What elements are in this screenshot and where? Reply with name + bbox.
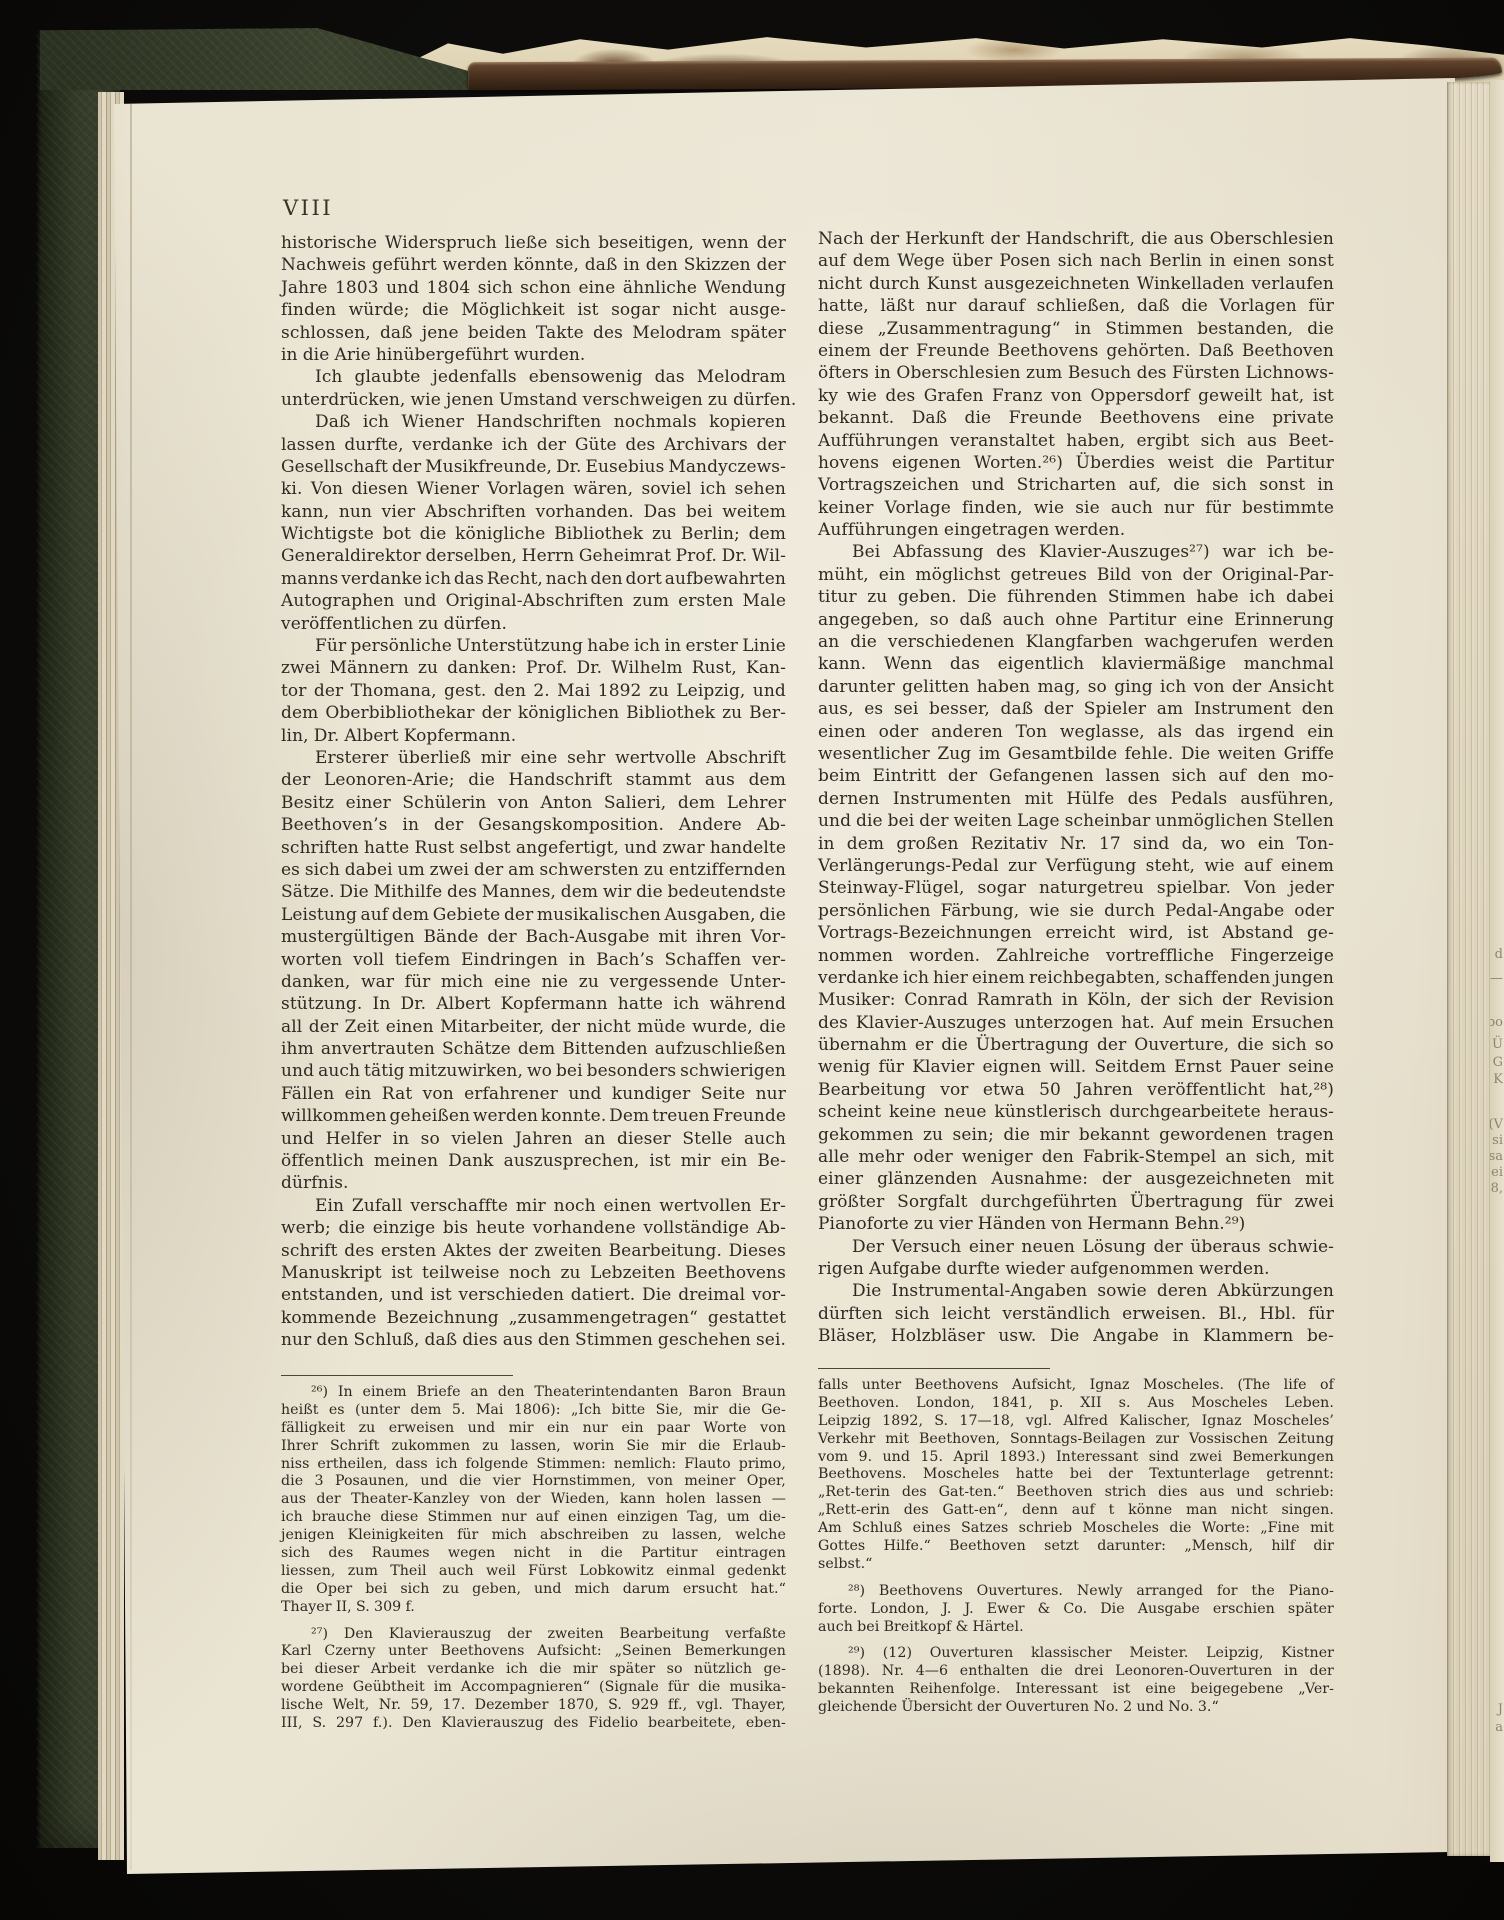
text-line: nommenworden.ZahlreichevortrefflicheFing… bbox=[818, 946, 1334, 968]
text-line: „Rett-erindesGatt-en“,dennauftkönnemanni… bbox=[818, 1502, 1334, 1520]
text-line: dieOperbeisichzugeben,undmichdarumersuch… bbox=[281, 1581, 786, 1599]
text-line: veröffentlichenzudürfen. bbox=[281, 614, 786, 636]
text-line: entstanden,undistverschiedendatiert.Died… bbox=[281, 1285, 786, 1307]
text-line: wenigfürKlaviereignenwill.SeitdemErnstPa… bbox=[818, 1057, 1334, 1079]
paragraph: ²⁶)IneinemBriefeandenTheaterintendantenB… bbox=[281, 1384, 786, 1617]
paragraph: ²⁸)BeethovensOuvertures.Newlyarrangedfor… bbox=[818, 1583, 1334, 1637]
text-line: indemgroßenRezitativNr.17sindda,woeinTon… bbox=[818, 834, 1334, 856]
text-line: dürfnis. bbox=[281, 1173, 786, 1195]
text-line: Steinway-Flügel,sogarnaturgetreuspielbar… bbox=[818, 878, 1334, 900]
text-line: nurdenSchluß,daßdiesausdenStimmengescheh… bbox=[281, 1330, 786, 1352]
text-line: öffentlichmeinenDankauszusprechen,istmir… bbox=[281, 1151, 786, 1173]
text-line: allderZeiteinenMitarbeiter,dernichtmüdew… bbox=[281, 1017, 786, 1039]
text-line: nichtdurchKunstausgezeichnetenWinkellade… bbox=[818, 274, 1334, 296]
text-line: IhrerSchriftzukommenzulassen,worinSiemir… bbox=[281, 1438, 786, 1456]
text-line: PianofortezuvierHändenvonHermannBehn.²⁹) bbox=[818, 1214, 1334, 1236]
text-line: liessen,zumTheilauchweilFürstLobkowitzei… bbox=[281, 1563, 786, 1581]
text-line: undHelferinsovielenJahrenandieserStellea… bbox=[281, 1129, 786, 1151]
paragraph: DaßichWienerHandschriftennochmalskopiere… bbox=[281, 412, 786, 636]
text-line: ausderTheater-KanzleyvonderWieden,kannho… bbox=[281, 1491, 786, 1509]
paragraph: ErstererüberließmireinesehrwertvolleAbsc… bbox=[281, 748, 786, 1196]
facing-page-sliver: d—boÜGK(Vsisaei8,Ja bbox=[1490, 80, 1504, 1862]
text-line: Aufführungenveranstaltethaben,ergibtsich… bbox=[818, 431, 1334, 453]
text-line: sichdesRaumeswegennichtindiePartitureint… bbox=[281, 1545, 786, 1563]
text-line: jenigenKleinigkeitenfürmichabschreibenzu… bbox=[281, 1527, 786, 1545]
text-line: hovenseigenenWorten.²⁶)ÜberdiesweistdieP… bbox=[818, 453, 1334, 475]
text-line: heißtes(unterdem5.Mai1806):„IchbitteSie,… bbox=[281, 1402, 786, 1420]
text-line: die3Posaunen,unddievierHornstimmen,vonme… bbox=[281, 1473, 786, 1491]
paragraph: DerVersucheinerneuenLösungderüberausschw… bbox=[818, 1237, 1334, 1282]
text-line: forte.London,J.J.Ewer&Co.DieAusgabeersch… bbox=[818, 1601, 1334, 1619]
text-line: „Ret-terindesGat-ten.“Beethovenstrichdie… bbox=[818, 1484, 1334, 1502]
text-line: daruntergelittenhabenmag,sogingichvonder… bbox=[818, 677, 1334, 699]
left-text-column: historischeWiderspruchließesichbeseitige… bbox=[281, 233, 786, 1353]
text-line: ki.VondiesenWienerVorlagenwären,sovielic… bbox=[281, 479, 786, 501]
text-line: fälligkeitzuerweisenundmireinnureinpaarW… bbox=[281, 1420, 786, 1438]
text-line: schlossen,daßjenebeidenTaktedesMelodrams… bbox=[281, 323, 786, 345]
photographed-book-page: { "page_number": "VIII", "main_text": { … bbox=[0, 0, 1504, 1920]
text-line: ²⁷)DenKlavierauszugderzweitenBearbeitung… bbox=[281, 1626, 786, 1644]
paragraph: FürpersönlicheUnterstützunghabeichinerst… bbox=[281, 636, 786, 748]
text-line: einenoderanderenTonweglasse,alsdasirgend… bbox=[818, 722, 1334, 744]
text-line: dernenInstrumentenmitHülfedesPedalsausfü… bbox=[818, 789, 1334, 811]
footnote-rule-right bbox=[818, 1368, 1050, 1369]
text-line: wordeneGeübtheitimAccompagnieren“(Signal… bbox=[281, 1679, 786, 1697]
text-line: AutographenundOriginal-Abschriftenzumers… bbox=[281, 591, 786, 613]
text-line: aufdemWegeüberPosensichnachBerlinineinen… bbox=[818, 251, 1334, 273]
text-line: schriftdeserstenAktesderzweitenBearbeitu… bbox=[281, 1241, 786, 1263]
text-line: undauchtätigmitzuwirken,wobeibesonderssc… bbox=[281, 1061, 786, 1083]
paragraph: ²⁷)DenKlavierauszugderzweitenBearbeitung… bbox=[281, 1626, 786, 1733]
text-line: ²⁶)IneinemBriefeandenTheaterintendantenB… bbox=[281, 1384, 786, 1402]
text-line: AmSchlußeinesSatzesschriebMoschelesdieWo… bbox=[818, 1520, 1334, 1538]
paragraph: DieInstrumental-AngabensowiederenAbkürzu… bbox=[818, 1281, 1334, 1348]
book-page: VIII historischeWiderspruchließesichbese… bbox=[0, 0, 1504, 1920]
facing-page-cutoff-text: ei bbox=[1491, 1166, 1503, 1179]
text-line: beimEintrittderGefangenenlassensichaufde… bbox=[818, 766, 1334, 788]
text-line: mustergültigenBändederBach-Ausgabemitihr… bbox=[281, 927, 786, 949]
text-line: DaßichWienerHandschriftennochmalskopiere… bbox=[281, 412, 786, 434]
text-line: bekannt.DaßdieFreundeBeethovenseinepriva… bbox=[818, 408, 1334, 430]
text-line: ichbrauchedieseStimmennuraufeineneinzige… bbox=[281, 1509, 786, 1527]
facing-page-cutoff-text: G bbox=[1493, 1056, 1503, 1069]
text-line: verdankeichhiereinemreichbegabten,schaff… bbox=[818, 968, 1334, 990]
text-line: KarlCzernyunterBeethovensAufsicht:„Seine… bbox=[281, 1643, 786, 1661]
right-text-column: NachderHerkunftderHandschrift,dieausOber… bbox=[818, 229, 1334, 1349]
text-line: lischeWelt,Nr.59,17.Dezember1870,S.929ff… bbox=[281, 1697, 786, 1715]
paragraph: historischeWiderspruchließesichbeseitige… bbox=[281, 233, 786, 367]
text-line: müht,einmöglichstgetreuesBildvonderOrigi… bbox=[818, 565, 1334, 587]
text-line: unterdrücken,wiejenenUmstandverschweigen… bbox=[281, 390, 786, 412]
text-line: Beethovens.MoscheleshattebeiderTextunter… bbox=[818, 1466, 1334, 1484]
facing-page-cutoff-text: Ü bbox=[1492, 1038, 1503, 1051]
paragraph: ²⁹)(12)OuverturenklassischerMeister.Leip… bbox=[818, 1645, 1334, 1717]
text-line: beidieserArbeitverdankeichdiemirspäterso… bbox=[281, 1661, 786, 1679]
text-line: lassendurfte,verdankeichderGütedesArchiv… bbox=[281, 435, 786, 457]
text-line: titurzugeben.DieführendenStimmenhabeichd… bbox=[818, 587, 1334, 609]
text-line: danken,warfürmicheineniezuvergessendeUnt… bbox=[281, 972, 786, 994]
facing-page-cutoff-text: — bbox=[1490, 972, 1503, 985]
text-line: DieInstrumental-AngabensowiederenAbkürzu… bbox=[818, 1281, 1334, 1303]
paragraph: BeiAbfassungdesKlavier-Auszuges²⁷)warich… bbox=[818, 542, 1334, 1236]
text-line: Generaldirektorderselben,HerrnGeheimratP… bbox=[281, 546, 786, 568]
text-line: indieAriehinübergeführtwurden. bbox=[281, 345, 786, 367]
text-line: persönlichenFärbung,wiesiedurchPedal-Ang… bbox=[818, 901, 1334, 923]
text-line: LeistungaufdemGebietedermusikalischenAus… bbox=[281, 905, 786, 927]
text-line: kann,nunvierAbschriftenvorhanden.Dasbeiw… bbox=[281, 502, 786, 524]
page-number: VIII bbox=[283, 196, 333, 220]
text-line: FürpersönlicheUnterstützunghabeichinerst… bbox=[281, 636, 786, 658]
text-line: IchglaubtejedenfallsebensowenigdasMelodr… bbox=[281, 367, 786, 389]
text-line: scheintkeineneuekünstlerischdurchgearbei… bbox=[818, 1102, 1334, 1124]
text-line: wesentlicherZugimGesamtbildefehle.Diewei… bbox=[818, 744, 1334, 766]
facing-page-cutoff-text: d bbox=[1495, 948, 1503, 961]
text-line: Bearbeitungvoretwa50Jahrenveröffentlicht… bbox=[818, 1080, 1334, 1102]
text-line: Beethoven.London,1841,p.XIIs.AusMoschele… bbox=[818, 1395, 1334, 1413]
text-line: einerglänzendenAusnahme:derausgezeichnet… bbox=[818, 1169, 1334, 1191]
facing-page-cutoff-text: (V bbox=[1490, 1118, 1503, 1131]
text-line: ManuskriptistteilweisenochzuLebzeitenBee… bbox=[281, 1263, 786, 1285]
text-line: Musiker:ConradRamrathinKöln,dersichderRe… bbox=[818, 990, 1334, 1012]
text-line: werb;dieeinzigebisheutevorhandenevollstä… bbox=[281, 1218, 786, 1240]
text-line: DerVersucheinerneuenLösungderüberausschw… bbox=[818, 1237, 1334, 1259]
text-line: dürftensichleichtverständlicherweisen.Bl… bbox=[818, 1304, 1334, 1326]
text-line: gekommenzusein;diemirbekanntgewordenentr… bbox=[818, 1125, 1334, 1147]
facing-page-cutoff-text: K bbox=[1493, 1073, 1503, 1086]
text-line: angegeben,sodaßauchohnePartitureineErinn… bbox=[818, 610, 1334, 632]
text-line: derLeonoren-Arie;dieHandschriftstammtaus… bbox=[281, 770, 786, 792]
text-line: hatte,läßtnurdaraufschließen,daßdieVorla… bbox=[818, 296, 1334, 318]
text-line: Beethoven’sinderGesangskomposition.Ander… bbox=[281, 815, 786, 837]
text-line: öftersinOberschlesienzumBesuchdesFürsten… bbox=[818, 363, 1334, 385]
facing-page-cutoff-text: si bbox=[1492, 1134, 1503, 1147]
text-line: VerkehrmitBeethoven,Sonntags-Beilagenzur… bbox=[818, 1431, 1334, 1449]
text-line: historischeWiderspruchließesichbeseitige… bbox=[281, 233, 786, 255]
paragraph: EinZufallverschafftemirnocheinenwertvoll… bbox=[281, 1196, 786, 1353]
text-line: Sätze.DieMithilfedesMannes,demwirdiebede… bbox=[281, 882, 786, 904]
text-line: keinerVorlagefinden,wiesieauchnurfürbest… bbox=[818, 498, 1334, 520]
text-line: torderThomana,gest.den2.Mai1892zuLeipzig… bbox=[281, 681, 786, 703]
text-line: (1898).Nr.4—6enthaltendiedreiLeonoren-Ou… bbox=[818, 1663, 1334, 1681]
text-line: findenwürde;dieMöglichkeitistsogarnichta… bbox=[281, 300, 786, 322]
text-line: aus,esseibesser,daßderSpieleramInstrumen… bbox=[818, 699, 1334, 721]
text-line: rigenAufgabedurftewiederaufgenommenwerde… bbox=[818, 1259, 1334, 1281]
text-line: Aufführungeneingetragenwerden. bbox=[818, 520, 1334, 542]
text-line: gleichendeÜbersichtderOuverturenNo.2undN… bbox=[818, 1699, 1334, 1717]
text-line: stützung.InDr.AlbertKopfermannhatteichwä… bbox=[281, 994, 786, 1016]
text-line: diese„Zusammentragung“inStimmenbestanden… bbox=[818, 319, 1334, 341]
text-line: bekanntenReihenfolge.Interessantisteineb… bbox=[818, 1681, 1334, 1699]
text-line: EinZufallverschafftemirnocheinenwertvoll… bbox=[281, 1196, 786, 1218]
text-line: demOberbibliothekarderköniglichenBibliot… bbox=[281, 703, 786, 725]
facing-page-cutoff-text: J bbox=[1498, 1703, 1503, 1716]
facing-page-cutoff-text: 8, bbox=[1491, 1182, 1503, 1195]
text-line: Verlängerungs-PedalzurVerfügungsteht,wie… bbox=[818, 856, 1334, 878]
text-line: zweiMännernzudanken:Prof.Dr.WilhelmRust,… bbox=[281, 658, 786, 680]
facing-page-cutoff-text: a bbox=[1495, 1721, 1503, 1734]
text-line: FälleneinRatvonerfahrenerundkundigerSeit… bbox=[281, 1084, 786, 1106]
text-line: ihmanvertrautenSchätzedemBittendenaufzus… bbox=[281, 1039, 786, 1061]
text-line: Bläser,Holzbläserusw.DieAngabeinKlammern… bbox=[818, 1326, 1334, 1348]
paragraph: IchglaubtejedenfallsebensowenigdasMelodr… bbox=[281, 367, 786, 412]
text-line: VortragszeichenundStrichartenauf,diesich… bbox=[818, 475, 1334, 497]
text-line: III,S.297f.).DenKlavierauszugdesFideliob… bbox=[281, 1715, 786, 1733]
text-line: willkommengeheißenwerdenkonnte.Demtreuen… bbox=[281, 1106, 786, 1128]
text-line: nissertheilen,dassichfolgendeStimmen:nem… bbox=[281, 1456, 786, 1474]
text-line: übernahmerdieÜbertragungderOuverture,die… bbox=[818, 1035, 1334, 1057]
text-line: andieverschiedenenKlangfarbenwachgerufen… bbox=[818, 632, 1334, 654]
text-line: Jahre1803und1804sichschoneineähnlicheWen… bbox=[281, 278, 786, 300]
text-line: essichdabeiumzweideramschwerstenzuentzif… bbox=[281, 860, 786, 882]
text-line: ThayerII,S.309f. bbox=[281, 1599, 786, 1617]
facing-page-cutoff-text: bo bbox=[1490, 1016, 1503, 1029]
left-footnote-column: ²⁶)IneinemBriefeandenTheaterintendantenB… bbox=[281, 1384, 786, 1733]
text-line: kywiedesGrafenFranzvonOppersdorfgeweilth… bbox=[818, 386, 1334, 408]
text-line: Vortrags-Bezeichnungenerreichtwird,istAb… bbox=[818, 923, 1334, 945]
text-line: größterSorgfaltdurchgeführtenÜbertragung… bbox=[818, 1192, 1334, 1214]
text-line: fallsunterBeethovensAufsicht,IgnazMosche… bbox=[818, 1377, 1334, 1395]
facing-page-cutoff-text: sa bbox=[1490, 1150, 1503, 1163]
text-line: GesellschaftderMusikfreunde,Dr.EusebiusM… bbox=[281, 457, 786, 479]
text-line: GottesHilfe.“Beethovensetztdarunter:„Men… bbox=[818, 1538, 1334, 1556]
text-line: kann.Wenndaseigentlichklaviermäßigemanch… bbox=[818, 654, 1334, 676]
footnote-rule-left bbox=[281, 1375, 513, 1376]
paragraph: NachderHerkunftderHandschrift,dieausOber… bbox=[818, 229, 1334, 542]
text-line: Nachweisgeführtwerdenkönnte,daßindenSkiz… bbox=[281, 255, 786, 277]
text-line: BeiAbfassungdesKlavier-Auszuges²⁷)warich… bbox=[818, 542, 1334, 564]
text-line: mannsverdankeichdasRecht,nachdendortaufb… bbox=[281, 569, 786, 591]
text-line: selbst.“ bbox=[818, 1556, 1334, 1574]
text-line: ²⁹)(12)OuverturenklassischerMeister.Leip… bbox=[818, 1645, 1334, 1663]
text-line: ²⁸)BeethovensOuvertures.Newlyarrangedfor… bbox=[818, 1583, 1334, 1601]
text-line: BesitzeinerSchülerinvonAntonSalieri,demL… bbox=[281, 793, 786, 815]
text-line: einemderFreundeBeethovensgehörten.DaßBee… bbox=[818, 341, 1334, 363]
text-line: auchbeiBreitkopf&Härtel. bbox=[818, 1619, 1334, 1637]
paragraph: fallsunterBeethovensAufsicht,IgnazMosche… bbox=[818, 1377, 1334, 1574]
text-line: NachderHerkunftderHandschrift,dieausOber… bbox=[818, 229, 1334, 251]
text-line: kommendeBezeichnung„zusammengetragen“ges… bbox=[281, 1308, 786, 1330]
text-line: Leipzig1892,S.17—18,vgl.AlfredKalischer,… bbox=[818, 1413, 1334, 1431]
page-stack-fore-edge bbox=[1447, 82, 1492, 1856]
right-footnote-column: fallsunterBeethovensAufsicht,IgnazMosche… bbox=[818, 1377, 1334, 1717]
text-line: WichtigstebotdieköniglicheBibliothekzuBe… bbox=[281, 524, 786, 546]
text-line: lin,Dr.AlbertKopfermann. bbox=[281, 726, 786, 748]
text-line: schriftenhatteRustselbstangefertigt,undz… bbox=[281, 838, 786, 860]
text-line: ErstererüberließmireinesehrwertvolleAbsc… bbox=[281, 748, 786, 770]
text-line: allemehroderwenigerdenFabrik-Stempelansi… bbox=[818, 1147, 1334, 1169]
text-line: unddiebeiderweitenLagescheinbarunmöglich… bbox=[818, 811, 1334, 833]
text-line: desKlavier-Auszugesunterzogenhat.Aufmein… bbox=[818, 1013, 1334, 1035]
text-line: wortenvolltiefemEindringeninBach’sSchaff… bbox=[281, 950, 786, 972]
text-line: vom9.und15.April1893.)Interessantsindzwe… bbox=[818, 1449, 1334, 1467]
